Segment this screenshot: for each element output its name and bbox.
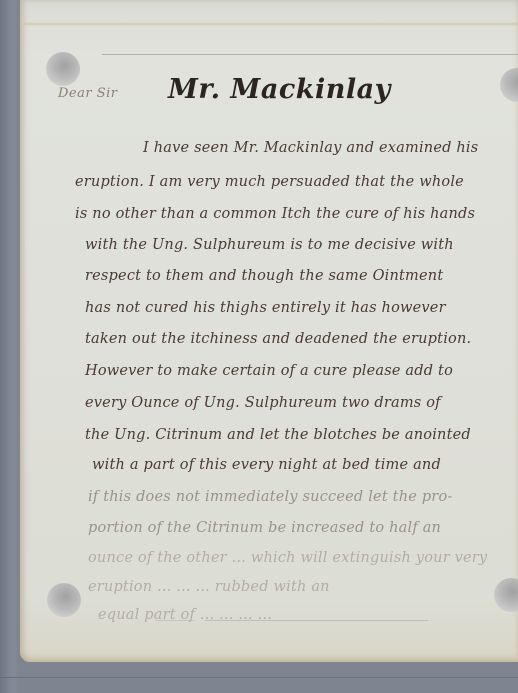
letter-content: Dear Sir Mr. Mackinlay I have seen Mr. M… xyxy=(0,0,518,693)
letter-line: ounce of the other ... which will exting… xyxy=(88,550,487,566)
letter-line: every Ounce of Ung. Sulphureum two drams… xyxy=(85,395,441,411)
letter-line: I have seen Mr. Mackinlay and examined h… xyxy=(143,140,478,156)
letter-line: is no other than a common Itch the cure … xyxy=(75,206,475,222)
letter-line: eruption. I am very much persuaded that … xyxy=(75,174,464,190)
letter-line: portion of the Citrinum be increased to … xyxy=(88,520,441,536)
letter-line: has not cured his thighs entirely it has… xyxy=(85,300,446,316)
letter-line: the Ung. Citrinum and let the blotches b… xyxy=(85,427,471,443)
letter-line: equal part of ... ... ... ... xyxy=(98,607,272,623)
letter-line: However to make certain of a cure please… xyxy=(85,363,453,379)
letter-line: respect to them and though the same Oint… xyxy=(85,268,443,284)
addressee-heading: Mr. Mackinlay xyxy=(168,74,391,105)
letter-line: with the Ung. Sulphureum is to me decisi… xyxy=(85,237,454,253)
letter-line: if this does not immediately succeed let… xyxy=(88,489,452,505)
letter-line: eruption ... ... ... rubbed with an xyxy=(88,579,330,595)
letter-line: with a part of this every night at bed t… xyxy=(92,457,441,473)
letter-line: taken out the itchiness and deadened the… xyxy=(85,331,471,347)
salutation: Dear Sir xyxy=(58,86,118,101)
